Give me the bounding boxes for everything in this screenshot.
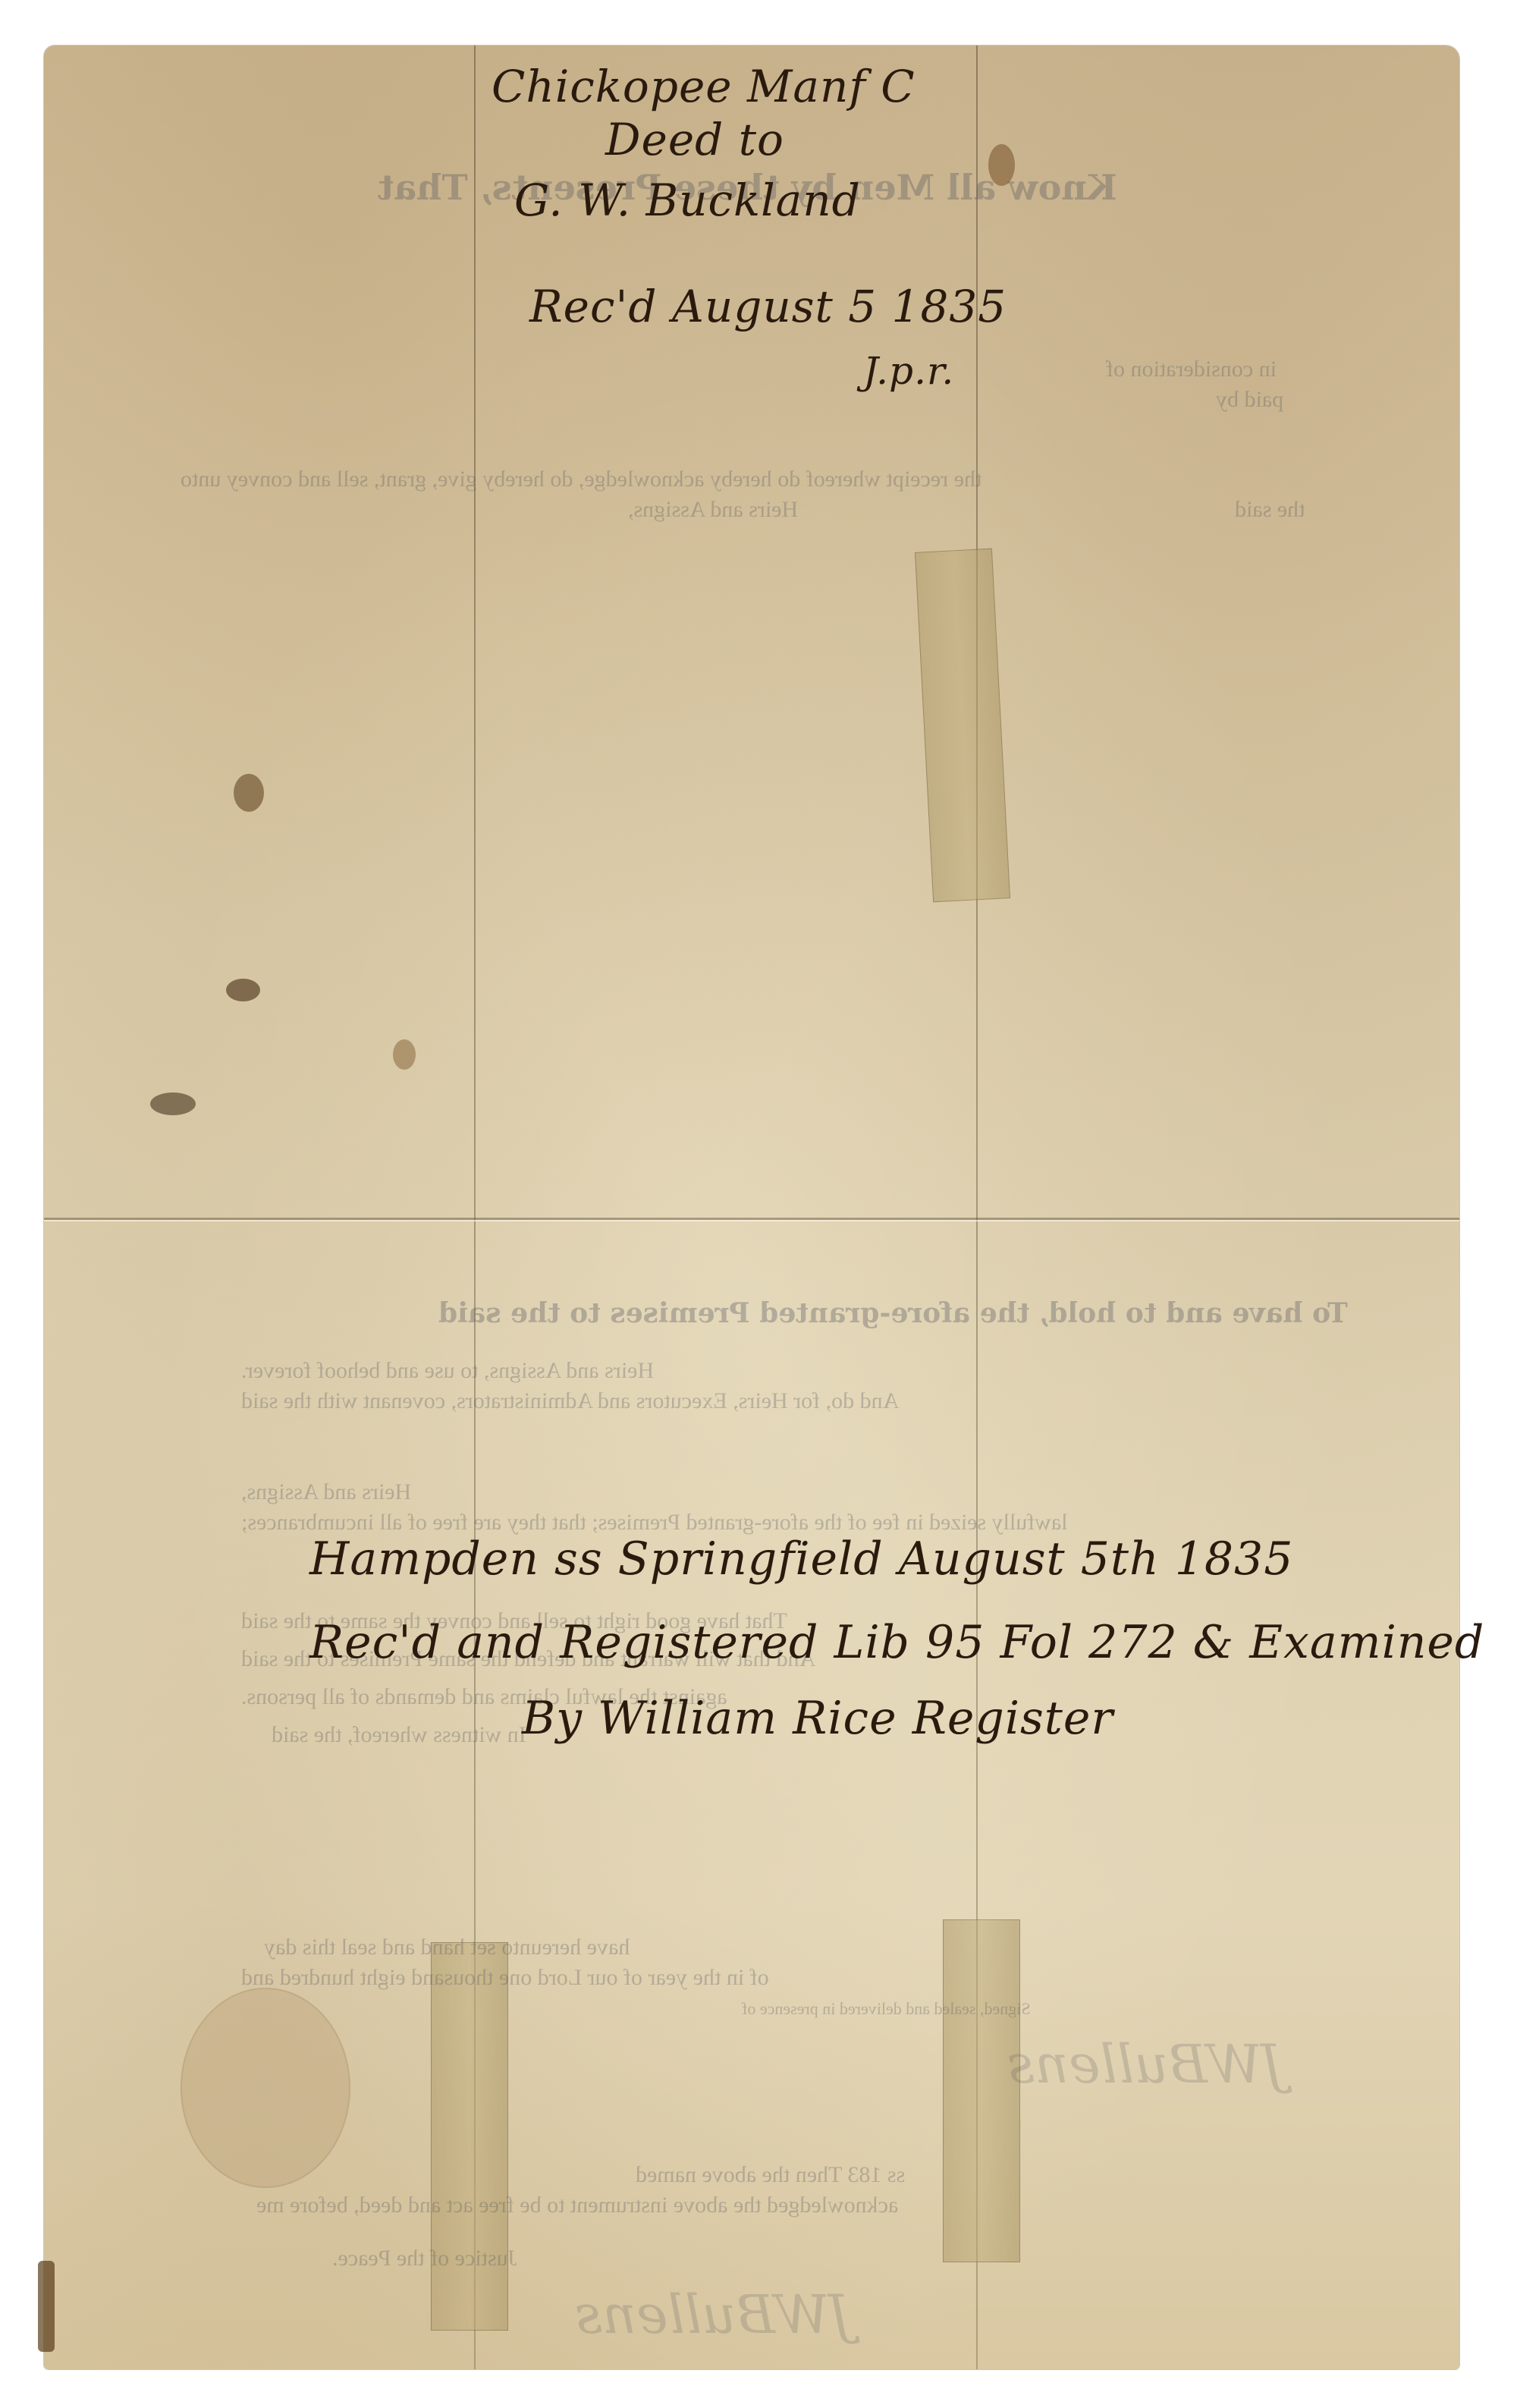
registry-book-folio: Rec'd and Registered Lib 95 Fol 272 & Ex… <box>309 1616 1484 1669</box>
docket-grantor: Chickopee Manf C <box>492 61 916 112</box>
repair-tape <box>915 549 1010 903</box>
wax-seal-stain <box>181 1988 350 2188</box>
horizontal-fold <box>44 1218 1459 1220</box>
ghost-text: In witness whereof, the said <box>272 1722 526 1748</box>
docket-deed-to: Deed to <box>605 114 784 165</box>
ghost-text: of in the year of our Lord one thousand … <box>241 1965 769 1991</box>
ghost-text: Heirs and Assigns, to use and behoof for… <box>241 1358 654 1384</box>
registry-place-date: Hampden ss Springfield August 5th 1835 <box>309 1533 1293 1586</box>
ghost-signature: JWBullens <box>575 2284 851 2346</box>
ghost-text: lawfully seized in fee of the afore-gran… <box>241 1510 1068 1536</box>
ghost-text: Justice of the Peace. <box>332 2246 517 2271</box>
ghost-text: Signed, sealed and delivered in presence… <box>742 1999 1031 2019</box>
ink-stain <box>393 1039 416 1070</box>
ghost-signature: JWBullens <box>1007 2033 1283 2095</box>
ghost-text: paid by <box>1216 387 1283 413</box>
repair-tape <box>431 1942 508 2331</box>
docket-received-date: Rec'd August 5 1835 <box>529 281 1007 332</box>
ghost-text: the said <box>1235 497 1305 523</box>
ghost-text: Heirs and Assigns, <box>241 1479 411 1505</box>
ghost-text: in consideration of <box>1106 357 1277 382</box>
ghost-text: ss 183 Then the above named <box>636 2162 905 2188</box>
ghost-text: Heirs and Assigns, <box>628 497 798 523</box>
ghost-text: the receipt whereof do hereby acknowledg… <box>181 467 981 492</box>
ghost-text: And do, for Heirs, Executors and Adminis… <box>241 1388 899 1414</box>
registry-register-name: By William Rice Register <box>522 1692 1113 1745</box>
ink-stain <box>226 979 260 1001</box>
edge-stain <box>38 2261 55 2352</box>
ghost-text: To have and to hold, the afore-granted P… <box>438 1297 1348 1329</box>
ghost-text: acknowledged the above instrument to be … <box>256 2193 898 2218</box>
ink-stain <box>150 1092 196 1115</box>
deed-document: Know all Men by these Presents, That in … <box>44 46 1459 2369</box>
docket-initials: J.p.r. <box>863 349 954 393</box>
docket-grantee: G. W. Buckland <box>514 174 861 226</box>
ghost-text: have hereunto set hand and seal this day <box>264 1935 630 1960</box>
ink-stain <box>234 774 264 812</box>
